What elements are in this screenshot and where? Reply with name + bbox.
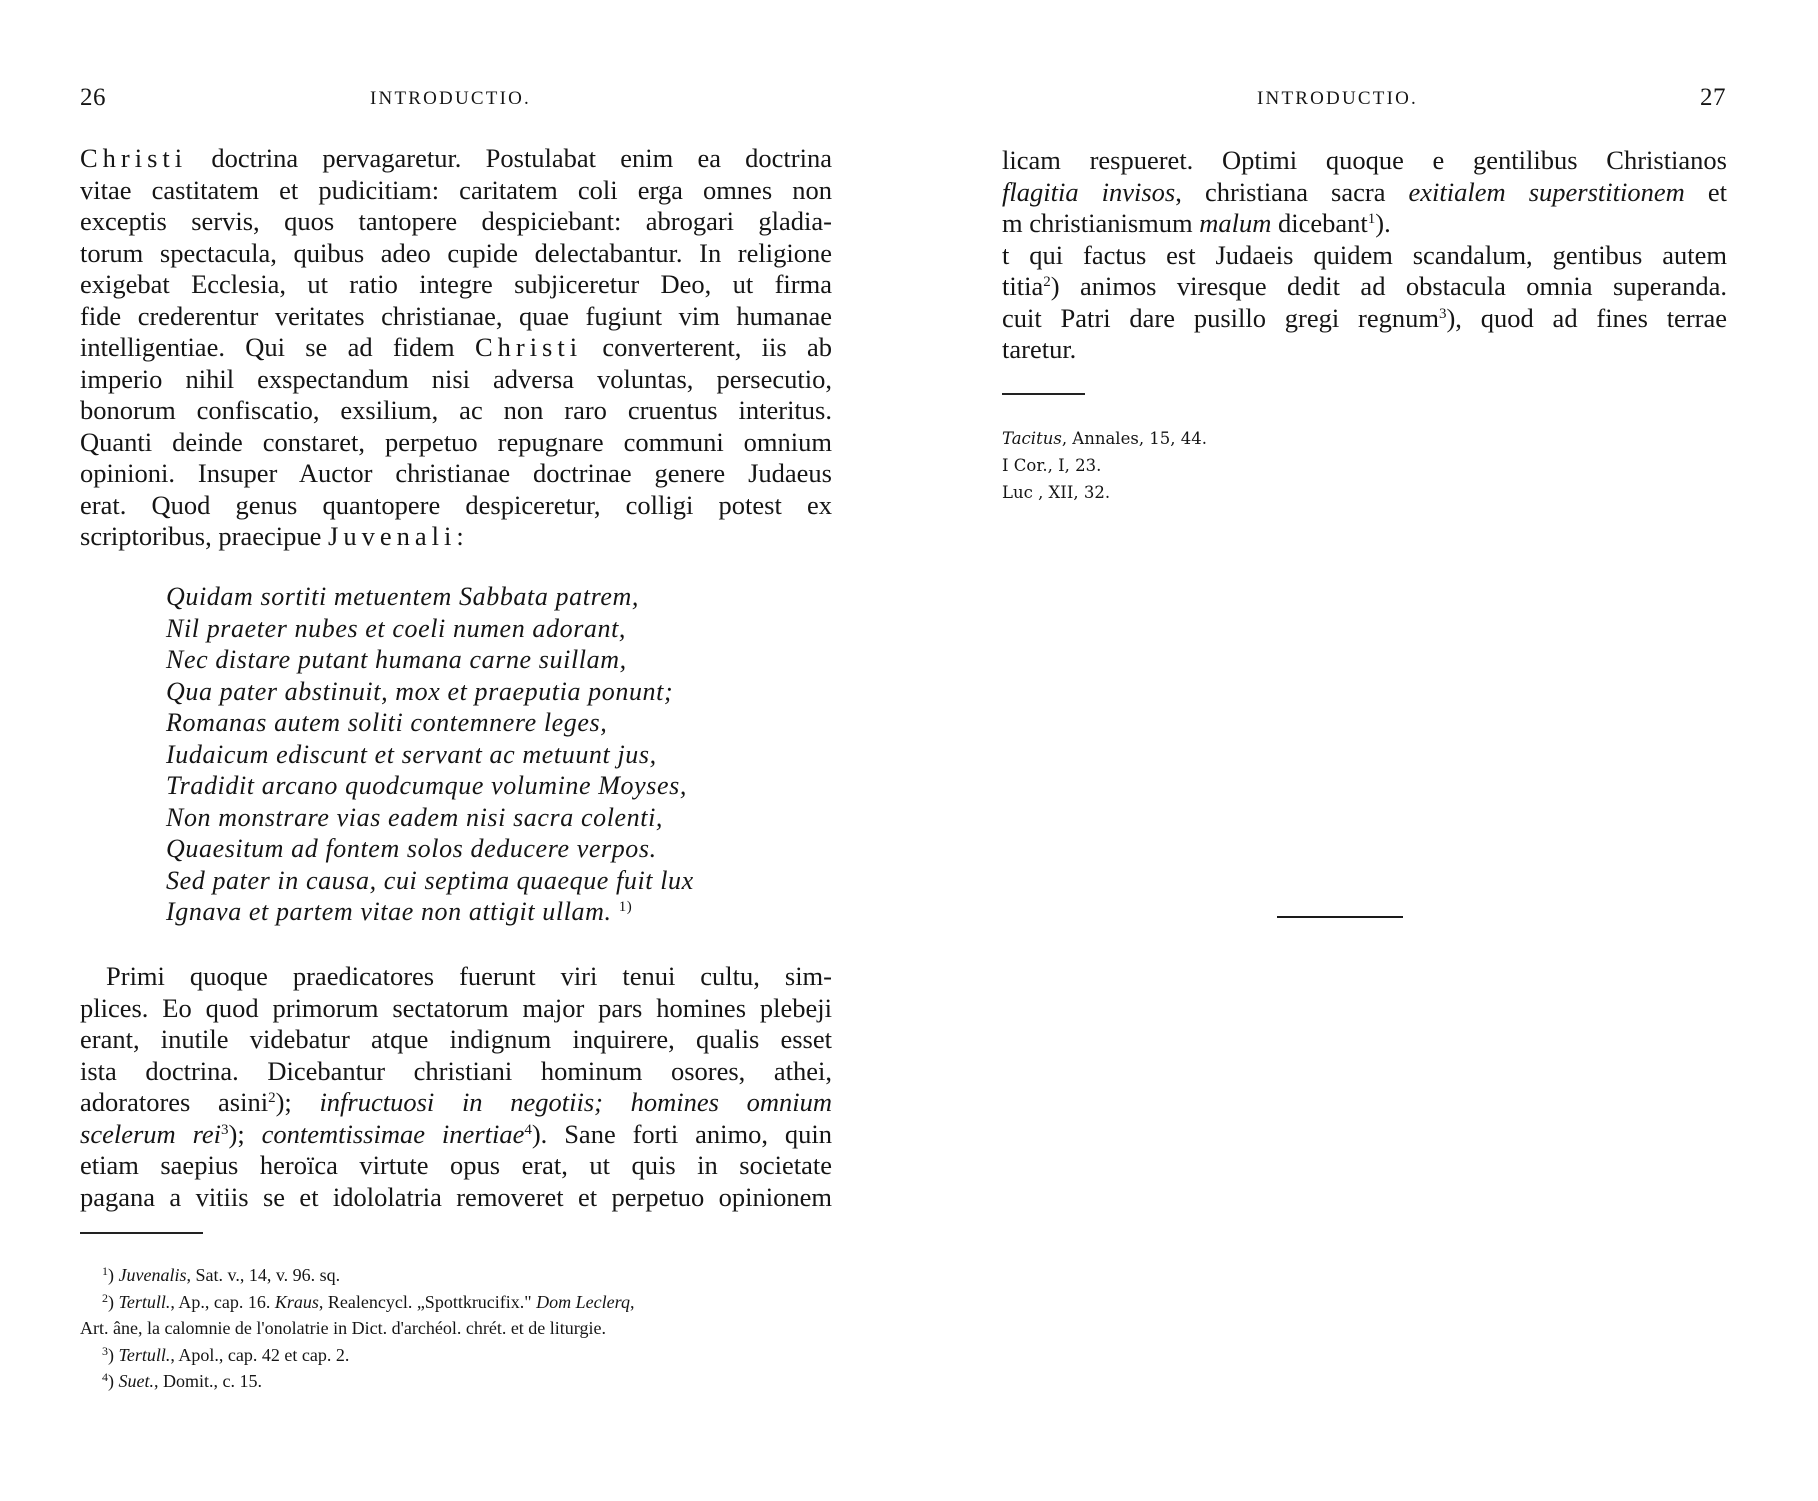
footnote-divider <box>80 1232 203 1234</box>
verse-line: Tradidit arcano quodcumque volumine Moys… <box>166 770 687 801</box>
footnote-ref[interactable]: 2 <box>268 1090 276 1106</box>
text-run: Ignava et partem vitae non attigit ullam… <box>166 897 612 926</box>
page-number: 26 <box>80 84 106 112</box>
text-run: , Realencycl. „Spottkrucifix." <box>319 1292 536 1312</box>
text-run: adoratores asini <box>80 1087 268 1117</box>
text-run: , christiana sacra <box>1175 177 1408 207</box>
verse-line: Ignava et partem vitae non attigit ullam… <box>166 896 632 927</box>
text-run: scriptoribus, praecipue <box>80 521 328 551</box>
page-number: 27 <box>1700 84 1726 112</box>
verse-line: Quaesitum ad fontem solos deducere verpo… <box>166 833 657 864</box>
italic-run: scelerum rei <box>80 1119 221 1149</box>
text-run: , Domit., c. 15. <box>154 1371 262 1391</box>
text-line: intelligentiae. Qui se ad fidem Christi … <box>80 332 832 363</box>
text-run: , Annales, 15, 44. <box>1062 429 1207 448</box>
text-line: exigebat Ecclesia, ut ratio integre subj… <box>80 269 832 300</box>
italic-run: Tertull. <box>119 1345 171 1365</box>
text-line: vitae castitatem et pudicitiam: caritate… <box>80 175 832 206</box>
footnote: 2) Tertull., Ap., cap. 16. Kraus, Realen… <box>102 1289 634 1315</box>
verse-line: Romanas autem soliti contemnere leges, <box>166 707 607 738</box>
text-run: dicebant <box>1271 208 1367 238</box>
footnote-ref[interactable]: 3 <box>221 1122 229 1138</box>
footnote-continuation: Art. âne, la calomnie de l'onolatrie in … <box>80 1315 606 1341</box>
left-page: 26 INTRODUCTIO. Christi doctrina pervaga… <box>0 0 909 1501</box>
footnote: Tacitus, Annales, 15, 44. <box>1002 426 1207 452</box>
verse-line: Nil praeter nubes et coeli numen adorant… <box>166 613 626 644</box>
text-line: erant, inutile videbatur atque indignum … <box>80 1024 832 1055</box>
text-run: m christianismum <box>1002 208 1199 238</box>
right-page: INTRODUCTIO. 27 licam respueret. Optimi … <box>909 0 1818 1501</box>
end-of-chapter-rule <box>1277 916 1403 918</box>
text-run: converterent, iis ab <box>582 332 832 362</box>
text-run: ) animos viresque dedit ad obstacula omn… <box>1051 271 1727 301</box>
verse-line: Iudaicum ediscunt et servant ac metuunt … <box>166 739 657 770</box>
footnote-ref[interactable]: 4 <box>524 1122 532 1138</box>
text-line: scelerum rei3); contemtissimae inertiae4… <box>80 1119 832 1150</box>
text-line: flagitia invisos, christiana sacra exiti… <box>1002 177 1727 208</box>
verse-line: Qua pater abstinuit, mox et praeputia po… <box>166 676 673 707</box>
text-line: titia2) animos viresque dedit ad obstacu… <box>1002 271 1727 302</box>
text-line: cuit Patri dare pusillo gregi regnum3), … <box>1002 303 1727 334</box>
text-line: plices. Eo quod primorum sectatorum majo… <box>80 993 832 1024</box>
footnote-mark: 2 <box>102 1291 108 1305</box>
text-line: scriptoribus, praecipue Juvenali: <box>80 521 832 552</box>
running-head: INTRODUCTIO. <box>1257 86 1418 112</box>
text-line: licam respueret. Optimi quoque e gentili… <box>1002 145 1727 176</box>
text-line: torum spectacula, quibus adeo cupide del… <box>80 238 832 269</box>
text-run: , Sat. v., 14, v. 96. sq. <box>186 1265 340 1285</box>
text-run: , Ap., cap. 16. <box>170 1292 274 1312</box>
text-run: cuit Patri dare pusillo gregi regnum <box>1002 303 1439 333</box>
verse-line: Sed pater in causa, cui septima quaeque … <box>166 865 694 896</box>
text-line: bonorum confiscatio, exsilium, ac non ra… <box>80 395 832 426</box>
italic-run: Dom Leclerq <box>536 1292 630 1312</box>
text-run: ). <box>1375 208 1390 238</box>
footnote: I Cor., I, 23. <box>1002 453 1101 479</box>
italic-run: Suet. <box>119 1371 155 1391</box>
text-run: , Apol., cap. 42 et cap. 2. <box>170 1345 349 1365</box>
footnote: 3) Tertull., Apol., cap. 42 et cap. 2. <box>102 1342 349 1368</box>
text-line: imperio nihil exspectandum nisi adversa … <box>80 364 832 395</box>
italic-run: flagitia invisos <box>1002 177 1175 207</box>
footnote: 4) Suet., Domit., c. 15. <box>102 1368 262 1394</box>
spaced-name: Christi <box>475 332 582 362</box>
text-run: ); <box>276 1087 320 1117</box>
footnote-ref[interactable]: 1) <box>619 899 633 915</box>
text-run: titia <box>1002 271 1043 301</box>
text-line: Christi doctrina pervagaretur. Postulaba… <box>80 143 832 174</box>
text-run: doctrina pervagaretur. Postulabat enim e… <box>187 143 832 173</box>
footnote-ref[interactable]: 2 <box>1043 274 1051 290</box>
footnote: 1) Juvenalis, Sat. v., 14, v. 96. sq. <box>102 1262 340 1288</box>
italic-run: malum <box>1199 208 1271 238</box>
spaced-name: Christi <box>80 143 187 173</box>
footnote: Luc , XII, 32. <box>1002 480 1110 506</box>
text-line: ista doctrina. Dicebantur christiani hom… <box>80 1056 832 1087</box>
text-line: pagana a vitiis se et idololatria remove… <box>80 1182 832 1213</box>
italic-run: Tacitus <box>1002 429 1062 448</box>
text-line: exceptis servis, quos tantopere despicie… <box>80 206 832 237</box>
text-run: intelligentiae. Qui se ad fidem <box>80 332 475 362</box>
text-run: , <box>630 1292 635 1312</box>
footnote-divider <box>1002 393 1085 395</box>
text-line: m christianismum malum dicebant1). <box>1002 208 1727 239</box>
italic-run: Kraus <box>275 1292 319 1312</box>
italic-run: exitialem superstitionem <box>1409 177 1685 207</box>
italic-run: Juvenalis <box>119 1265 187 1285</box>
text-line: erat. Quod genus quantopere despiceretur… <box>80 490 832 521</box>
text-run: : <box>456 521 463 551</box>
text-line: fide crederentur veritates christianae, … <box>80 301 832 332</box>
text-line: opinioni. Insuper Auctor christianae doc… <box>80 458 832 489</box>
footnote-mark: 1 <box>102 1264 108 1278</box>
verse-line: Nec distare putant humana carne suillam, <box>166 644 627 675</box>
spaced-name: Juvenali <box>328 521 456 551</box>
italic-run: infructuosi in negotiis; homines omnium <box>319 1087 832 1117</box>
text-line: Quanti deinde constaret, perpetuo repugn… <box>80 427 832 458</box>
italic-run: Tertull. <box>119 1292 171 1312</box>
verse-line: Non monstrare vias eadem nisi sacra cole… <box>166 802 663 833</box>
text-line: taretur. <box>1002 334 1727 365</box>
running-head: INTRODUCTIO. <box>370 86 531 112</box>
text-line: Primi quoque praedicatores fuerunt viri … <box>80 961 832 992</box>
text-run: ); <box>229 1119 262 1149</box>
text-line: adoratores asini2); infructuosi in negot… <box>80 1087 832 1118</box>
verse-line: Quidam sortiti metuentem Sabbata patrem, <box>166 581 639 612</box>
footnote-mark: 4 <box>102 1370 108 1384</box>
text-line: t qui factus est Judaeis quidem scandalu… <box>1002 240 1727 271</box>
text-run: et <box>1685 177 1727 207</box>
text-run: ). Sane forti animo, quin <box>532 1119 832 1149</box>
italic-run: contemtissimae inertiae <box>262 1119 525 1149</box>
footnote-mark: 3 <box>102 1344 108 1358</box>
text-run: ), quod ad fines terrae <box>1446 303 1727 333</box>
text-line: etiam saepius heroïca virtute opus erat,… <box>80 1150 832 1181</box>
